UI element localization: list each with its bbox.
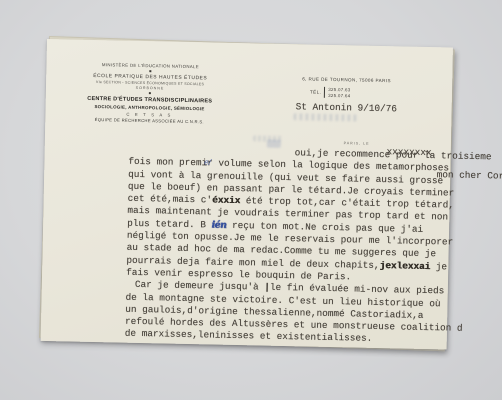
overtyped-correction: jexlexxai	[379, 260, 430, 272]
telephone-number-2: 325.07.64	[328, 92, 350, 97]
letterhead-left-block: MINISTÈRE DE L'ÉDUCATION NATIONALE ÉCOLE…	[65, 61, 234, 125]
bullet-separator-icon	[149, 92, 151, 94]
overtyped-correction: éxxix	[212, 195, 240, 207]
telephone-number-1: 325.07.63	[328, 87, 350, 92]
ink-bleedthrough-mark	[293, 113, 357, 121]
line-text: fois mon premi	[128, 156, 207, 169]
letterhead-address: 6, RUE DE TOURNON, 75006 PARIS	[302, 76, 391, 83]
line-text: cet été,mais c'	[128, 193, 213, 206]
line-text: Car je demeure jusqu'à	[135, 279, 265, 293]
letter-paper: MINISTÈRE DE L'ÉDUCATION NATIONALE ÉCOLE…	[41, 39, 453, 349]
line-text: je	[430, 261, 447, 272]
telephone-label: TÉL.	[310, 90, 321, 95]
photo-of-letter: MINISTÈRE DE L'ÉDUCATION NATIONALE ÉCOLE…	[0, 0, 502, 400]
letterhead-right-block: 6, RUE DE TOURNON, 75006 PARIS TÉL. 325.…	[302, 76, 391, 99]
letterhead-ministry: MINISTÈRE DE L'ÉDUCATION NATIONALE	[66, 61, 234, 70]
bullet-separator-icon	[149, 70, 151, 72]
letter-body: oui,je recommence pour la troisieme fois…	[125, 144, 461, 348]
pen-insertion-mark: e∕	[204, 157, 211, 169]
blue-pen-correction: ién	[211, 219, 226, 230]
printed-dateline-under-strike: PARIS, LE	[344, 141, 370, 146]
date-line: St Antonin 9/10/76	[296, 101, 397, 114]
letterhead-telephone: TÉL. 325.07.63 325.07.64	[310, 87, 391, 100]
line-text: plus tetard. B	[127, 218, 212, 231]
telephone-numbers: 325.07.63 325.07.64	[324, 87, 350, 99]
